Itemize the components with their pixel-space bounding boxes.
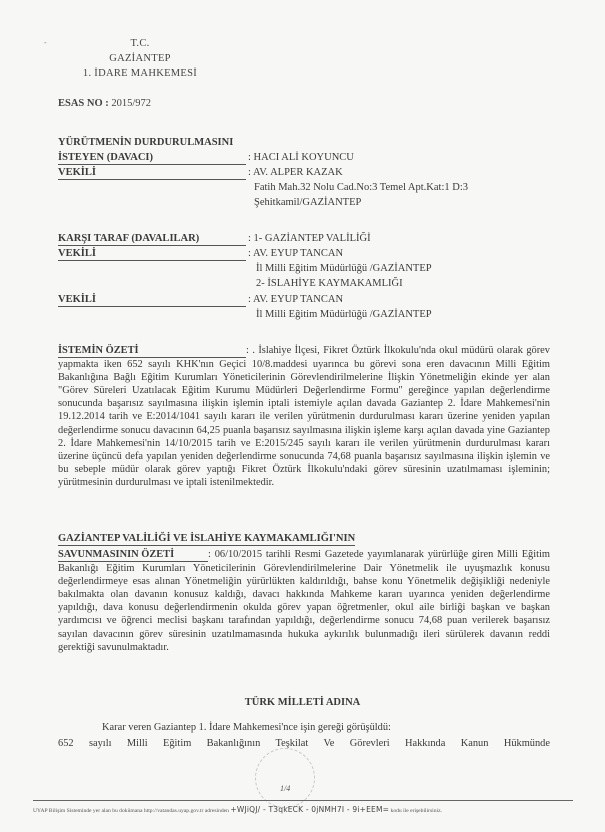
defendant-attorney-2-label: VEKİLİ — [58, 293, 246, 307]
defense-summary: SAVUNMASININ ÖZETİ: 06/10/2015 tarihli R… — [58, 548, 550, 654]
court-stamp — [255, 748, 315, 808]
header-line-1: T.C. — [60, 36, 220, 51]
document-page: - T.C. GAZİANTEP 1. İDARE MAHKEMESİ ESAS… — [0, 0, 605, 832]
footer: UYAP Bilişim Sisteminde yer alan bu dokü… — [33, 805, 442, 814]
footer-text-after: kodu ile erişebilirsiniz. — [391, 808, 442, 814]
defendants-label: KARŞI TARAF (DAVALILAR) — [58, 232, 246, 246]
case-number-value: 2015/972 — [111, 98, 151, 109]
plaintiff-label: İSTEYEN (DAVACI) — [58, 151, 246, 165]
defense-summary-text: : 06/10/2015 tarihli Resmi Gazetede yayı… — [58, 549, 550, 653]
defendants-value: : 1- GAZİANTEP VALİLİĞİ — [246, 232, 371, 245]
verdict-line-1: Karar veren Gaziantep 1. İdare Mahkemesi… — [102, 722, 391, 733]
claim-summary-text: : . İslahiye İlçesi, Fikret Öztürk İlkok… — [58, 345, 550, 488]
plaintiff-attorney-label: VEKİLİ — [58, 166, 246, 180]
defendant-attorney-1-value: : AV. EYUP TANCAN — [246, 247, 343, 260]
court-header: T.C. GAZİANTEP 1. İDARE MAHKEMESİ — [60, 36, 220, 81]
page-number: 1/4 — [280, 784, 290, 793]
section-title: YÜRÜTMENİN DURDURULMASINI — [58, 137, 233, 148]
footer-divider — [33, 800, 573, 801]
defendant-attorney-1-row: VEKİLİ: AV. EYUP TANCAN — [58, 247, 343, 261]
claim-summary-label: İSTEMİN ÖZETİ — [58, 344, 246, 358]
verdict-title: TÜRK MİLLETİ ADINA — [0, 697, 605, 708]
case-number: ESAS NO : 2015/972 — [58, 98, 151, 109]
defendant-attorney-2-row: VEKİLİ: AV. EYUP TANCAN — [58, 293, 343, 307]
defendant-attorney-1-label: VEKİLİ — [58, 247, 246, 261]
access-code: +WJiQJ/ - T3qkECK - 0jNMH7I - 9i+EEM= — [230, 805, 389, 814]
plaintiff-row: İSTEYEN (DAVACI): HACI ALİ KOYUNCU — [58, 151, 354, 165]
defendant-attorney-2-value: : AV. EYUP TANCAN — [246, 293, 343, 306]
plaintiff-value: : HACI ALİ KOYUNCU — [246, 151, 354, 164]
defense-heading: GAZİANTEP VALİLİĞİ VE İSLAHİYE KAYMAKAML… — [58, 532, 355, 546]
plaintiff-attorney-address-2: Şehitkamil/GAZİANTEP — [254, 196, 361, 209]
defendant-attorney-1-address: İl Milli Eğitim Müdürlüğü /GAZİANTEP — [256, 262, 432, 275]
plaintiff-attorney-address-1: Fatih Mah.32 Nolu Cad.No:3 Temel Apt.Kat… — [254, 181, 468, 194]
case-number-label: ESAS NO : — [58, 98, 109, 109]
claim-summary: İSTEMİN ÖZETİ: . İslahiye İlçesi, Fikret… — [58, 344, 550, 489]
defendant-attorney-2-address: İl Milli Eğitim Müdürlüğü /GAZİANTEP — [256, 308, 432, 321]
defense-summary-label: SAVUNMASININ ÖZETİ — [58, 548, 208, 562]
header-line-2: GAZİANTEP — [60, 51, 220, 66]
defendants-row: KARŞI TARAF (DAVALILAR): 1- GAZİANTEP VA… — [58, 232, 371, 246]
footer-text-before: UYAP Bilişim Sisteminde yer alan bu dokü… — [33, 808, 229, 814]
header-line-3: 1. İDARE MAHKEMESİ — [60, 66, 220, 81]
plaintiff-attorney-row: VEKİLİ: AV. ALPER KAZAK — [58, 166, 343, 180]
scan-mark: - — [44, 38, 47, 47]
verdict-line-2: 652 sayılı Milli Eğitim Bakanlığının Teş… — [58, 738, 550, 749]
second-defendant: 2- İSLAHİYE KAYMAKAMLIĞI — [256, 277, 403, 290]
plaintiff-attorney-value: : AV. ALPER KAZAK — [246, 166, 343, 179]
